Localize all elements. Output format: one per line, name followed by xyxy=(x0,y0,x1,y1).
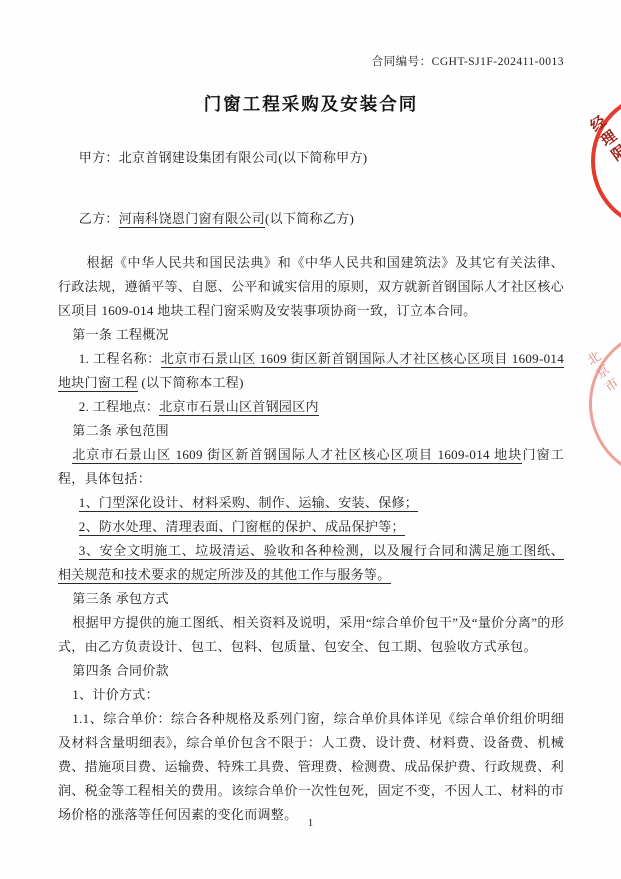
text-segment: 2. 工程地点： xyxy=(79,399,159,414)
underlined-text: 北京市石景山区 1609 街区新首钢国际人才社区核心区项目 1609-014 地… xyxy=(72,447,522,464)
text-segment: 第一条 工程概况 xyxy=(72,327,169,342)
contract-page: 合同编号：CGHT-SJ1F-202411-0013 门窗工程采购及安装合同 甲… xyxy=(0,0,621,879)
section-heading: 第三条 承包方式 xyxy=(58,587,564,611)
text-segment: 第三条 承包方式 xyxy=(72,591,169,606)
contract-paragraph: 乙方：河南科饶恩门窗有限公司(以下简称乙方) xyxy=(58,207,564,231)
official-seal-middle-right: 北京市 xyxy=(589,328,621,480)
contract-paragraph: 1、计价方式： xyxy=(58,683,564,707)
text-segment: 根据《中华人民共和国民法典》和《中华人民共和国建筑法》及其它有关法律、行政法规，… xyxy=(58,255,564,318)
contract-paragraph: 1. 工程名称：北京市石景山区 1609 街区新首钢国际人才社区核心区项目 16… xyxy=(58,347,564,395)
text-segment: 第二条 承包范围 xyxy=(72,423,169,438)
text-segment: (以下简称本工程) xyxy=(138,375,244,390)
text-segment: 1.1、综合单价：综合各种规格及系列门窗，综合单价具体详见《综合单价组价明细及材… xyxy=(58,711,564,822)
contract-paragraph: 2、防水处理、清理表面、门窗框的保护、成品保护等； xyxy=(58,515,564,539)
contract-paragraph: 北京市石景山区 1609 街区新首钢国际人才社区核心区项目 1609-014 地… xyxy=(58,443,564,491)
text-segment: 甲方：北京首钢建设集团有限公司(以下简称甲方) xyxy=(79,150,368,165)
contract-paragraph: 1、门型深化设计、材料采购、制作、运输、安装、保修； xyxy=(58,491,564,515)
text-segment: 根据甲方提供的施工图纸、相关资料及说明，采用“综合单价包干”及“量价分离”的形式… xyxy=(58,615,564,654)
contract-paragraph: 1.1、综合单价：综合各种规格及系列门窗，综合单价具体详见《综合单价组价明细及材… xyxy=(58,707,564,827)
official-seal-top-right: 经理限 xyxy=(591,93,621,229)
text-segment: 1. 工程名称： xyxy=(79,351,161,366)
text-segment: 乙方： xyxy=(79,211,119,226)
contract-body: 甲方：北京首钢建设集团有限公司(以下简称甲方)乙方：河南科饶恩门窗有限公司(以下… xyxy=(58,146,564,827)
page-title: 门窗工程采购及安装合同 xyxy=(58,91,564,117)
seal-text: 北京市 xyxy=(583,349,621,397)
seal-text: 经理限 xyxy=(585,113,621,167)
contract-paragraph: 2. 工程地点：北京市石景山区首钢园区内 xyxy=(58,395,564,419)
underlined-text: 北京市石景山区首钢园区内 xyxy=(159,399,319,416)
text-segment: 1、计价方式： xyxy=(72,687,159,702)
contract-paragraph: 根据甲方提供的施工图纸、相关资料及说明，采用“综合单价包干”及“量价分离”的形式… xyxy=(58,611,564,659)
underlined-text: 3、安全文明施工、垃圾清运、验收和各种检测，以及履行合同和满足施工图纸、相关规范… xyxy=(58,543,564,584)
contract-paragraph: 根据《中华人民共和国民法典》和《中华人民共和国建筑法》及其它有关法律、行政法规，… xyxy=(58,251,564,323)
text-segment: (以下简称乙方) xyxy=(265,211,354,226)
underlined-text: 2、防水处理、清理表面、门窗框的保护、成品保护等； xyxy=(79,519,405,536)
section-heading: 第一条 工程概况 xyxy=(58,323,564,347)
page-number: 1 xyxy=(0,811,621,835)
contract-paragraph: 甲方：北京首钢建设集团有限公司(以下简称甲方) xyxy=(58,146,564,170)
underlined-text: 1、门型深化设计、材料采购、制作、运输、安装、保修； xyxy=(79,495,418,512)
section-heading: 第二条 承包范围 xyxy=(58,419,564,443)
underlined-text: 河南科饶恩门窗有限公司 xyxy=(119,211,265,228)
contract-paragraph: 3、安全文明施工、垃圾清运、验收和各种检测，以及履行合同和满足施工图纸、相关规范… xyxy=(58,539,564,587)
text-segment: 第四条 合同价款 xyxy=(72,663,169,678)
section-heading: 第四条 合同价款 xyxy=(58,659,564,683)
contract-number: 合同编号：CGHT-SJ1F-202411-0013 xyxy=(58,55,564,70)
